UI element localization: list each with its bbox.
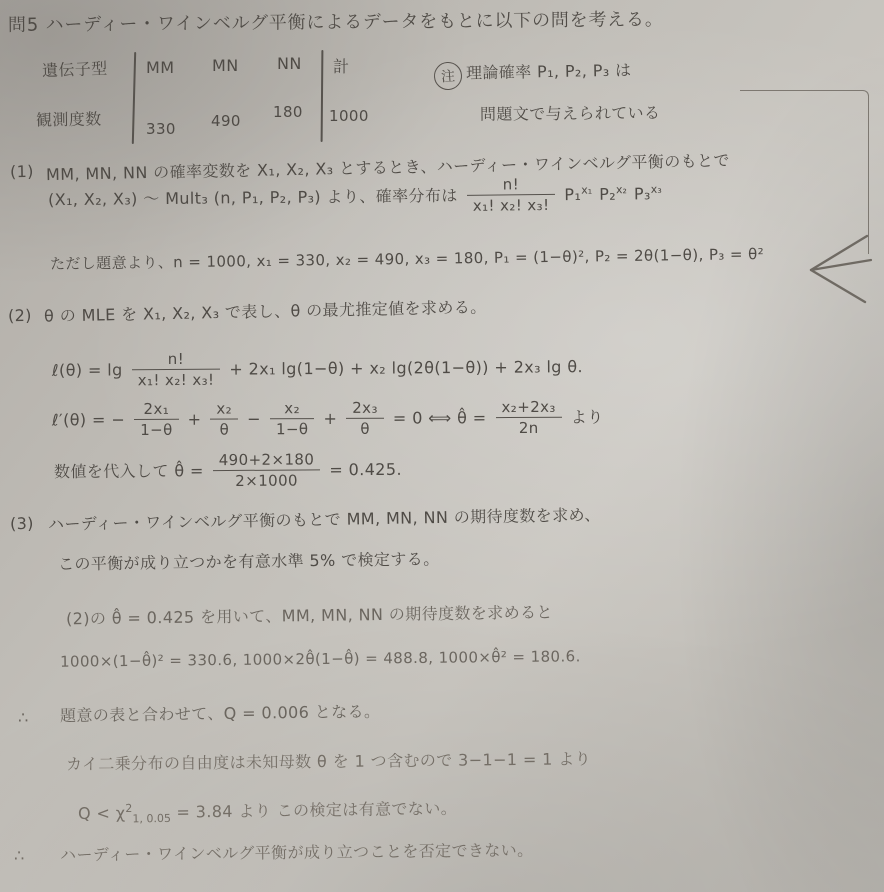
fraction-numerator: n! [467,176,556,196]
chi-subscript: 1, 0.05 [132,812,171,826]
p1-power-term: P₁x₁ [564,184,592,206]
loglik-lhs: ℓ(θ) = lg [52,360,123,380]
p3-exponent: x₃ [651,183,662,196]
subst-frac-den: 2×1000 [213,471,321,490]
subst-fraction: 490+2×180 2×1000 [213,451,321,489]
table-row1-header: 遺伝子型 [42,59,108,81]
table-col-mn: MN [212,56,239,76]
section2-label: (2) [8,306,32,326]
note-line2: 問題文で与えられている [480,103,661,125]
distribution-pre: (X₁, X₂, X₃) ～ Mult₃ (n, P₁, P₂, P₃) より、… [48,186,458,210]
table-divider-right [321,50,323,142]
degrees-of-freedom-line: カイ二乗分布の自由度は未知母数 θ を 1 つ含むので 3−1−1 = 1 より [66,749,591,774]
p3-power-term: P₃x₃ [634,183,662,205]
q-statistic-line: 題意の表と合わせて、Q = 0.006 となる。 [60,702,381,726]
score-tail: より [571,407,604,427]
mle-frac-den: 2n [496,418,562,437]
therefore-icon-final: ∴ [14,846,25,866]
arrow-left-icon [803,230,875,306]
section1-label: (1) [10,162,34,182]
table-value-nn: 180 [273,103,303,122]
note-line1: 理論確率 P₁, P₂, P₃ は [466,61,632,84]
multinomial-fraction: n! x₁! x₂! x₃! [467,176,556,214]
score-frac3-den: 1−θ [270,419,315,437]
p2-base: P₂ [599,185,616,204]
score-frac1-num: 2x₁ [134,401,179,420]
p3-base: P₃ [634,184,651,203]
notebook-page: 問5 ハーディー・ワインベルグ平衡によるデータをもとに以下の問を考える。 遺伝子… [0,0,884,892]
table-row2-header: 観測度数 [36,109,102,130]
section3-line3: (2)の θ̂ = 0.425 を用いて、MM, MN, NN の期待度数を求め… [66,603,553,630]
score-equality: = 0 ⟺ θ̂ = [393,408,487,428]
loglikelihood-equation: ℓ(θ) = lg n! x₁! x₂! x₃! + 2x₁ lg(1−θ) +… [52,348,583,389]
p1-exponent: x₁ [581,184,592,197]
mle-frac-num: x₂+2x₃ [495,399,561,419]
subst-pre: 数値を代入して θ̂ = [54,461,204,482]
problem-title: 問5 ハーディー・ワインベルグ平衡によるデータをもとに以下の問を考える。 [8,9,664,37]
section3-label: (3) [10,514,34,534]
section3-line2: この平衡が成り立つかを有意水準 5% で検定する。 [58,549,440,574]
score-frac3-num: x₂ [270,400,315,419]
table-col-mm: MM [146,58,174,78]
score-frac2: x₂ θ [210,400,238,438]
chi-square-comparison-line: Q < χ21, 0.05 = 3.84 より この検定は有意でない。 [78,797,457,827]
fraction-denominator: x₁! x₂! x₃! [467,195,556,214]
table-col-nn: NN [277,54,302,74]
table-total-value: 1000 [329,107,369,126]
p2-power-term: P₂x₂ [599,183,627,205]
section1-distribution-equation: (X₁, X₂, X₃) ～ Mult₃ (n, P₁, P₂, P₃) より、… [48,175,667,219]
subst-frac-num: 490+2×180 [213,451,321,471]
score-frac1-den: 1−θ [134,420,179,438]
chi-pre: Q < χ [78,803,126,823]
score-frac4: 2x₃ θ [346,400,384,438]
substitution-equation: 数値を代入して θ̂ = 490+2×180 2×1000 = 0.425. [54,451,402,491]
score-frac1: 2x₁ 1−θ [134,401,179,439]
score-frac2-num: x₂ [210,400,238,419]
circled-note-icon: 注 [433,61,463,91]
score-equation: ℓ′(θ) = − 2x₁ 1−θ + x₂ θ − x₂ 1−θ + 2x₃ … [52,399,604,439]
p2-exponent: x₂ [616,183,627,196]
expected-counts-line: 1000×(1−θ̂)² = 330.6, 1000×2θ̂(1−θ̂) = 4… [60,647,581,671]
p1-base: P₁ [564,185,581,204]
loglik-fraction: n! x₁! x₂! x₃! [132,351,221,389]
table-value-mn: 490 [211,112,241,131]
chi-rest: = 3.84 より この検定は有意でない。 [171,799,457,822]
score-op2: − [247,409,261,429]
score-lhs: ℓ′(θ) = − [52,410,125,430]
table-value-mm: 330 [146,120,176,139]
section1-conditions-line: ただし題意より、n = 1000, x₁ = 330, x₂ = 490, x₃… [50,245,764,274]
loglik-terms: + 2x₁ lg(1−θ) + x₂ lg(2θ(1−θ)) + 2x₃ lg … [229,357,583,379]
score-frac2-den: θ [210,420,238,438]
mle-fraction: x₂+2x₃ 2n [495,399,561,437]
section2-task-line: θ の MLE を X₁, X₂, X₃ で表し、θ の最尤推定値を求める。 [44,297,487,326]
table-divider-left [132,52,136,144]
subst-result: = 0.425. [329,459,402,480]
conclusion-line: ハーディー・ワインベルグ平衡が成り立つことを否定できない。 [60,841,534,866]
score-op3: + [323,409,337,429]
loglik-frac-den: x₁! x₂! x₃! [132,370,221,389]
loglik-frac-num: n! [132,351,221,371]
score-frac3: x₂ 1−θ [270,400,315,438]
section3-line1: ハーディー・ワインベルグ平衡のもとで MM, MN, NN の期待度数を求め、 [48,505,601,535]
score-op1: + [188,409,202,429]
table-total-label: 計 [333,57,349,77]
score-frac4-den: θ [346,419,384,437]
score-frac4-num: 2x₃ [346,400,384,419]
therefore-icon: ∴ [18,708,29,728]
